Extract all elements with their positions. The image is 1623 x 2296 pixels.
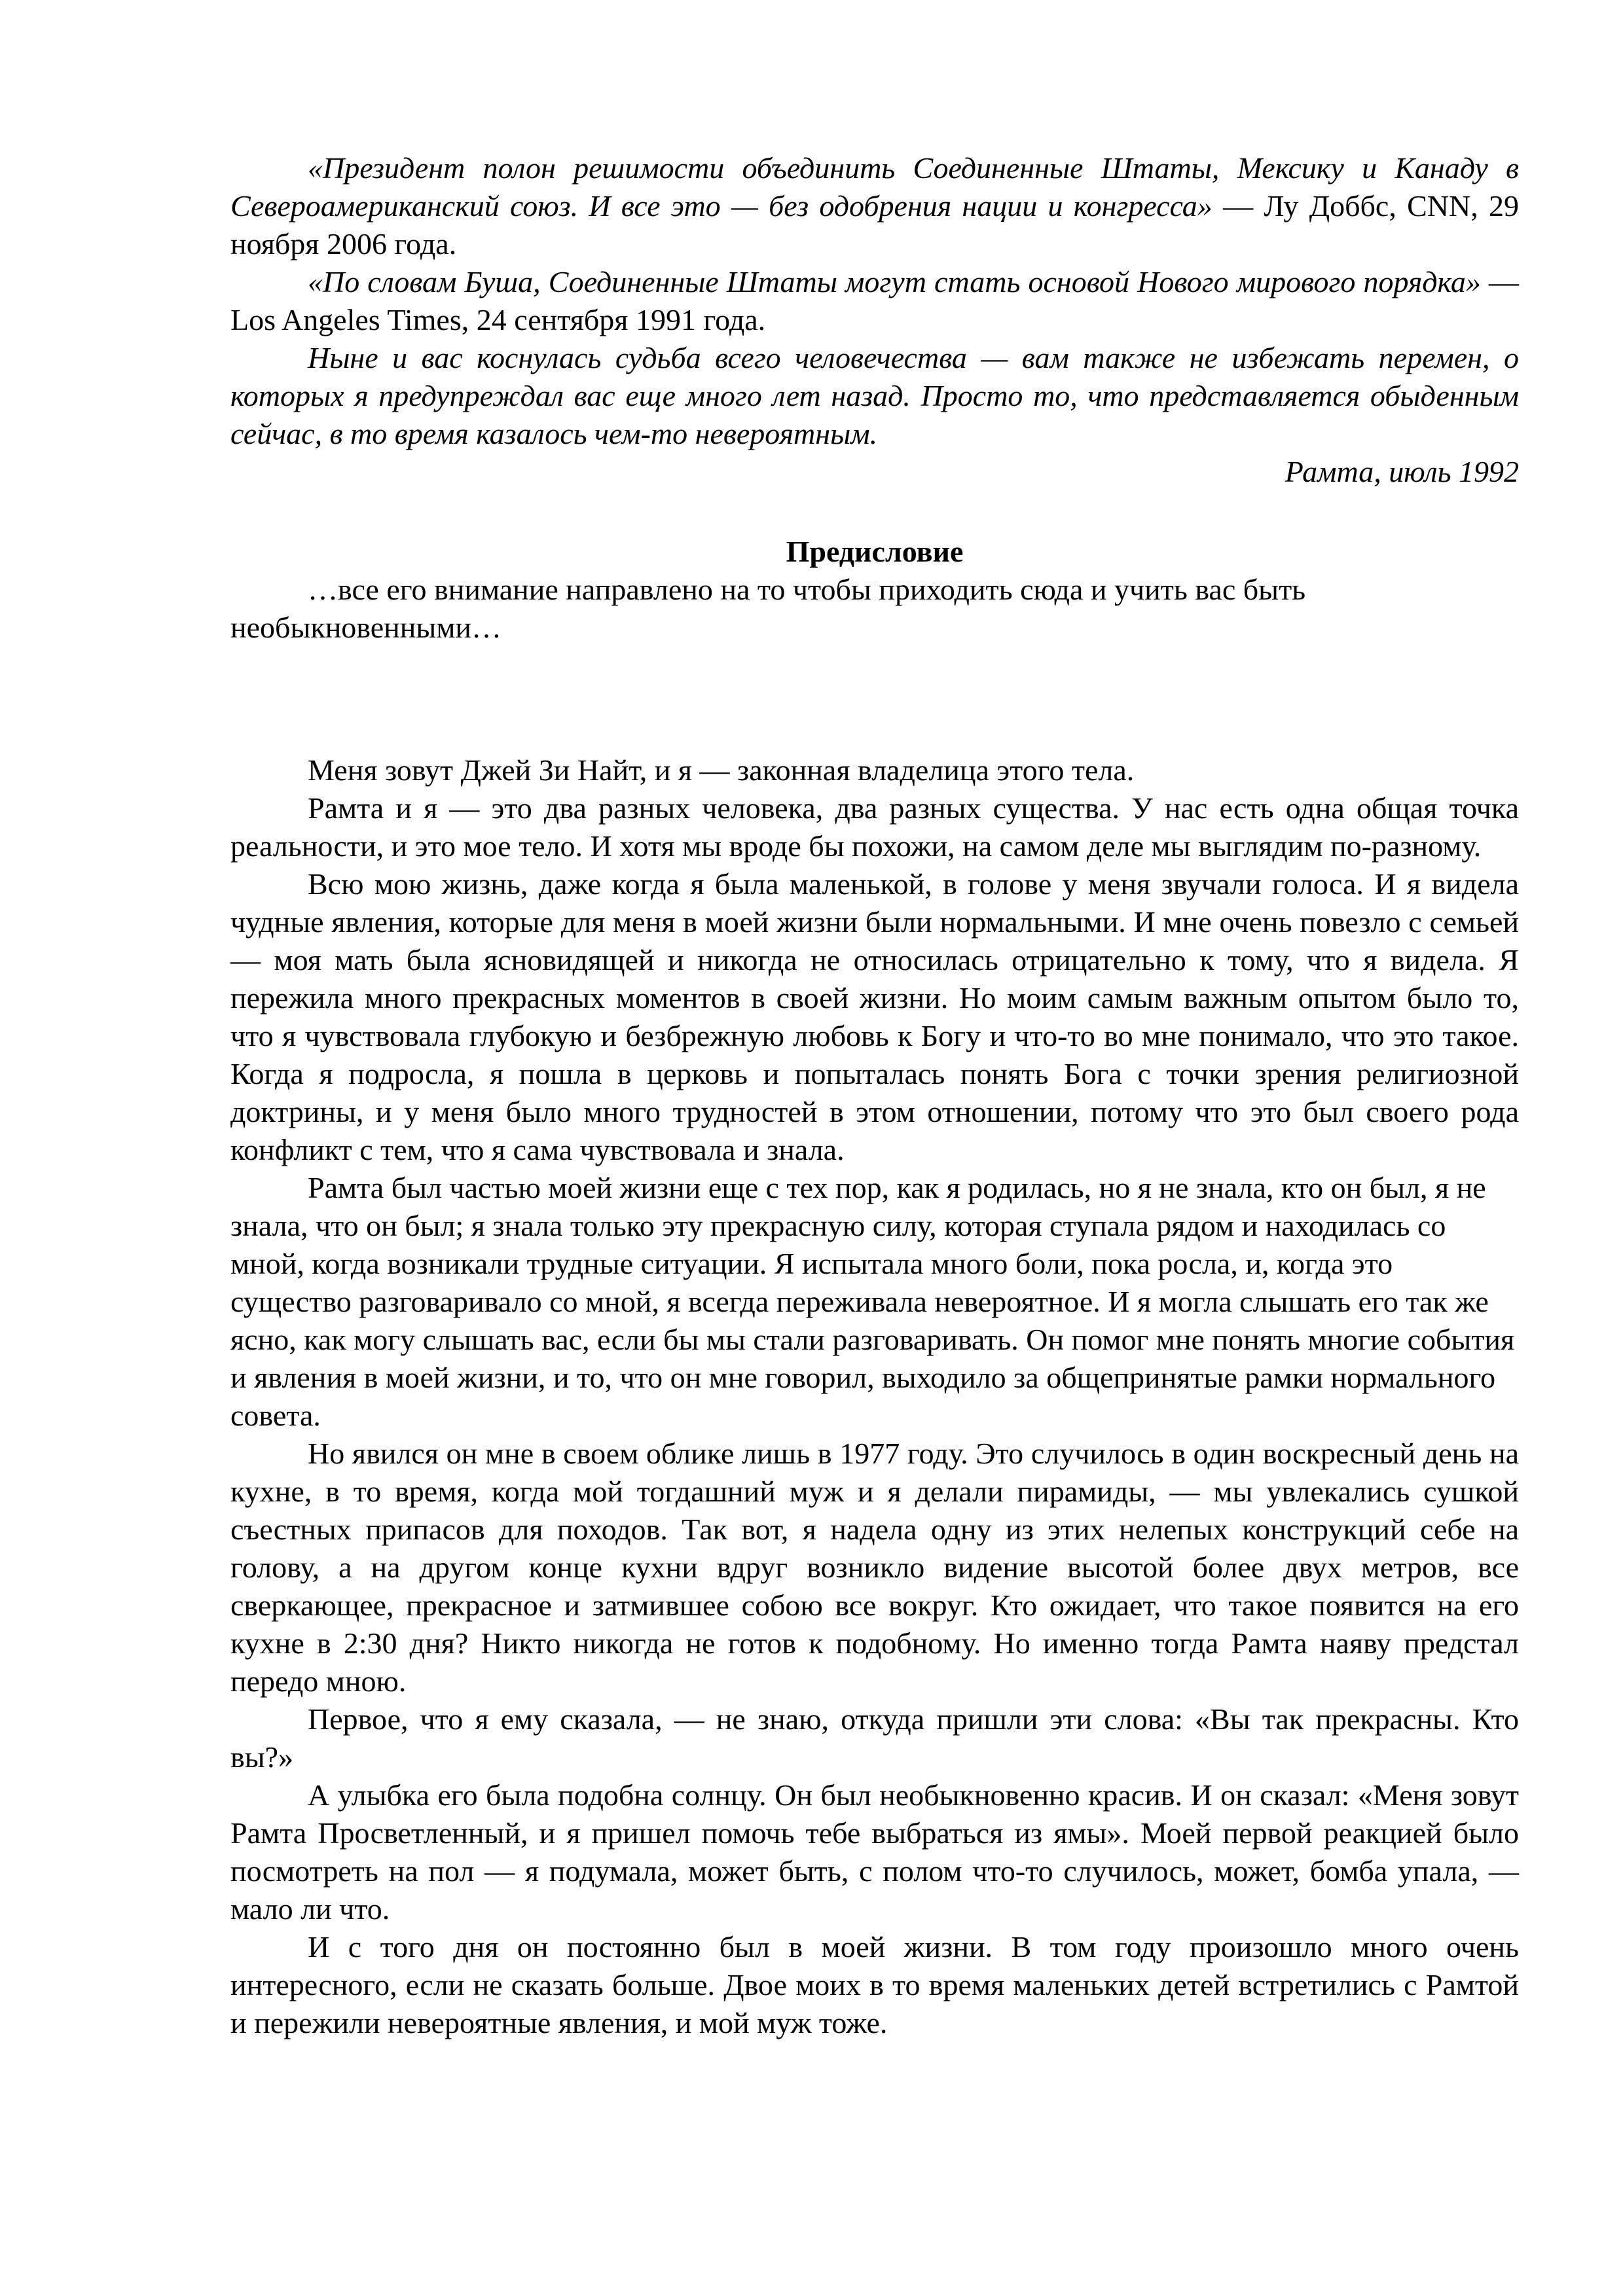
paragraph: А улыбка его была подобна солнцу. Он был… <box>230 1776 1519 1928</box>
body-text: Меня зовут Джей Зи Найт, и я — законная … <box>230 751 1519 2042</box>
epigraph-quote-text: Ныне и вас коснулась судьба всего челове… <box>230 341 1519 450</box>
epigraph-signature: Рамта, июль 1992 <box>230 453 1519 491</box>
paragraph: Первое, что я ему сказала, — не знаю, от… <box>230 1700 1519 1776</box>
document-page: «Президент полон решимости объединить Со… <box>230 149 1519 2042</box>
epigraph-quote-text: «По словам Буша, Соединенные Штаты могут… <box>308 265 1481 298</box>
epigraph-quote-1: «Президент полон решимости объединить Со… <box>230 149 1519 263</box>
paragraph: И с того дня он постоянно был в моей жиз… <box>230 1928 1519 2042</box>
paragraph: Но явился он мне в своем облике лишь в 1… <box>230 1435 1519 1700</box>
epigraph-quote-3: Ныне и вас коснулась судьба всего челове… <box>230 339 1519 453</box>
paragraph: Рамта был частью моей жизни еще с тех по… <box>230 1169 1519 1435</box>
epigraph-quote-2: «По словам Буша, Соединенные Штаты могут… <box>230 263 1519 339</box>
foreword-intro: …все его внимание направлено на то чтобы… <box>230 571 1519 647</box>
foreword-intro-text: …все его внимание направлено на то чтобы… <box>230 571 1519 647</box>
section-title: Предисловие <box>230 533 1519 571</box>
paragraph: Всю мою жизнь, даже когда я была маленьк… <box>230 865 1519 1169</box>
paragraph: Рамта и я — это два разных человека, два… <box>230 789 1519 865</box>
paragraph: Меня зовут Джей Зи Найт, и я — законная … <box>230 751 1519 789</box>
epigraph-block: «Президент полон решимости объединить Со… <box>230 149 1519 491</box>
